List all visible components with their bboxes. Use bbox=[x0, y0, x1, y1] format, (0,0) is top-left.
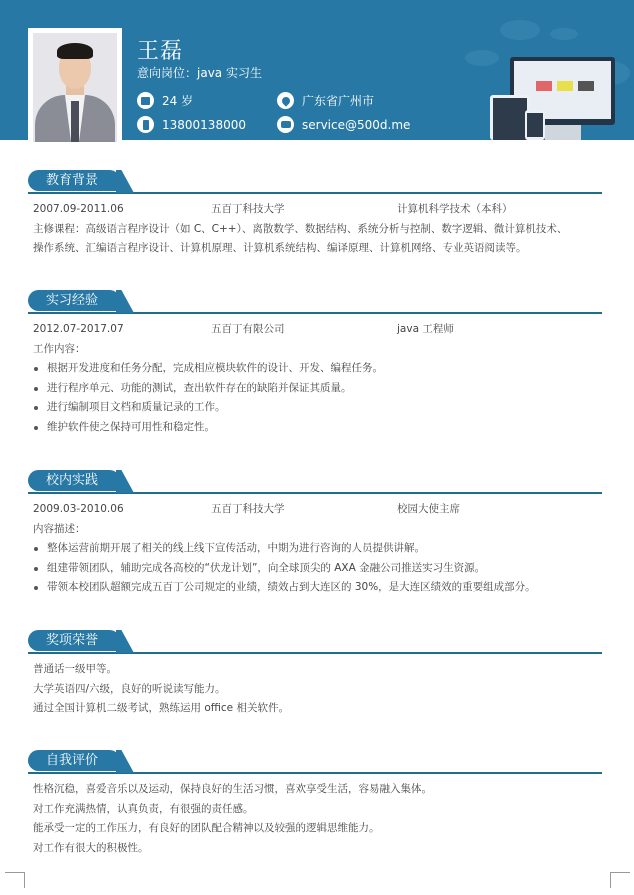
internship-period: 2012.07-2017.07 bbox=[28, 320, 211, 340]
self-evaluation-line: 对工作充满热情，认真负责，有很强的责任感。 bbox=[28, 800, 602, 820]
education-courses: 主修课程：高级语言程序设计（如 C、C++）、离散数学、数据结构、系统分析与控制… bbox=[28, 220, 602, 240]
campus-row: 2009.03-2010.06 五百丁科技大学 校园大使主席 bbox=[28, 500, 602, 520]
section-campus: 校内实践 2009.03-2010.06 五百丁科技大学 校园大使主席 内容描述… bbox=[28, 470, 602, 598]
section-internship: 实习经验 2012.07-2017.07 五百丁有限公司 java 工程师 工作… bbox=[28, 290, 602, 437]
location-pin-icon bbox=[277, 92, 294, 109]
info-age: 24 岁 bbox=[137, 92, 193, 109]
award-line: 普通话一级甲等。 bbox=[28, 660, 602, 680]
section-header: 教育背景 bbox=[28, 170, 602, 194]
candidate-name: 王磊 bbox=[137, 34, 183, 65]
info-phone: 13800138000 bbox=[137, 116, 246, 133]
bullet-icon bbox=[33, 539, 47, 559]
list-item: 带领本校团队超额完成五百丁公司规定的业绩，绩效占到大连区的 30%，是大连区绩效… bbox=[28, 578, 602, 598]
location-text: 广东省广州市 bbox=[302, 92, 374, 109]
section-awards: 奖项荣誉 普通话一级甲等。 大学英语四/六级，良好的听说读写能力。 通过全国计算… bbox=[28, 630, 602, 719]
education-school: 五百丁科技大学 bbox=[211, 200, 397, 220]
info-location: 广东省广州市 bbox=[277, 92, 374, 109]
job-intent: 意向岗位：java 实习生 bbox=[137, 64, 262, 81]
award-line: 大学英语四/六级，良好的听说读写能力。 bbox=[28, 680, 602, 700]
section-title: 自我评价 bbox=[28, 750, 120, 771]
self-evaluation-line: 对工作有很大的积极性。 bbox=[28, 839, 602, 859]
bullet-icon bbox=[33, 418, 47, 438]
section-header: 奖项荣誉 bbox=[28, 630, 602, 654]
page-corner-mark bbox=[610, 872, 630, 888]
list-item: 整体运营前期开展了相关的线上线下宣传活动，中期为进行咨询的人员提供讲解。 bbox=[28, 539, 602, 559]
section-title: 奖项荣誉 bbox=[28, 630, 120, 651]
phone-text: 13800138000 bbox=[162, 118, 246, 132]
education-period: 2007.09-2011.06 bbox=[28, 200, 211, 220]
campus-org: 五百丁科技大学 bbox=[211, 500, 397, 520]
self-evaluation-line: 能承受一定的工作压力，有良好的团队配合精神以及较强的逻辑思维能力。 bbox=[28, 819, 602, 839]
bullet-icon bbox=[33, 578, 47, 598]
internship-label: 工作内容： bbox=[28, 340, 602, 360]
self-evaluation-line: 性格沉稳，喜爱音乐以及运动，保持良好的生活习惯，喜欢享受生活，容易融入集体。 bbox=[28, 780, 602, 800]
list-item: 维护软件使之保持可用性和稳定性。 bbox=[28, 418, 602, 438]
internship-role: java 工程师 bbox=[397, 320, 602, 340]
list-item: 进行程序单元、功能的测试，查出软件存在的缺陷并保证其质量。 bbox=[28, 379, 602, 399]
mobile-phone-icon bbox=[137, 116, 154, 133]
education-row: 2007.09-2011.06 五百丁科技大学 计算机科学技术（本科） bbox=[28, 200, 602, 220]
section-header: 自我评价 bbox=[28, 750, 602, 774]
section-title: 教育背景 bbox=[28, 170, 120, 191]
bullet-icon bbox=[33, 379, 47, 399]
campus-role: 校园大使主席 bbox=[397, 500, 602, 520]
education-courses-cont: 操作系统、汇编语言程序设计、计算机原理、计算机系统结构、编译原理、计算机网络、专… bbox=[28, 239, 602, 259]
section-title: 校内实践 bbox=[28, 470, 120, 491]
devices-illustration bbox=[490, 55, 620, 140]
education-major: 计算机科学技术（本科） bbox=[397, 200, 602, 220]
section-education: 教育背景 2007.09-2011.06 五百丁科技大学 计算机科学技术（本科）… bbox=[28, 170, 602, 259]
campus-period: 2009.03-2010.06 bbox=[28, 500, 211, 520]
internship-row: 2012.07-2017.07 五百丁有限公司 java 工程师 bbox=[28, 320, 602, 340]
list-item: 进行编制项目文档和质量记录的工作。 bbox=[28, 398, 602, 418]
list-item: 根据开发进度和任务分配，完成相应模块软件的设计、开发、编程任务。 bbox=[28, 359, 602, 379]
bullet-icon bbox=[33, 398, 47, 418]
page-corner-mark bbox=[5, 872, 25, 888]
bullet-icon bbox=[33, 359, 47, 379]
internship-company: 五百丁有限公司 bbox=[211, 320, 397, 340]
info-email: service@500d.me bbox=[277, 116, 410, 133]
email-text: service@500d.me bbox=[302, 118, 410, 132]
campus-label: 内容描述： bbox=[28, 520, 602, 540]
section-header: 校内实践 bbox=[28, 470, 602, 494]
cloud-decoration bbox=[500, 20, 540, 40]
award-line: 通过全国计算机二级考试，熟练运用 office 相关软件。 bbox=[28, 699, 602, 719]
section-header: 实习经验 bbox=[28, 290, 602, 314]
section-self-evaluation: 自我评价 性格沉稳，喜爱音乐以及运动，保持良好的生活习惯，喜欢享受生活，容易融入… bbox=[28, 750, 602, 858]
email-icon bbox=[277, 116, 294, 133]
age-text: 24 岁 bbox=[162, 92, 193, 109]
section-title: 实习经验 bbox=[28, 290, 120, 311]
profile-photo bbox=[28, 28, 122, 142]
bullet-icon bbox=[33, 559, 47, 579]
list-item: 组建带领团队，辅助完成各高校的“伏龙计划”，向全球顶尖的 AXA 金融公司推送实… bbox=[28, 559, 602, 579]
cloud-decoration bbox=[550, 28, 578, 40]
calendar-icon bbox=[137, 92, 154, 109]
